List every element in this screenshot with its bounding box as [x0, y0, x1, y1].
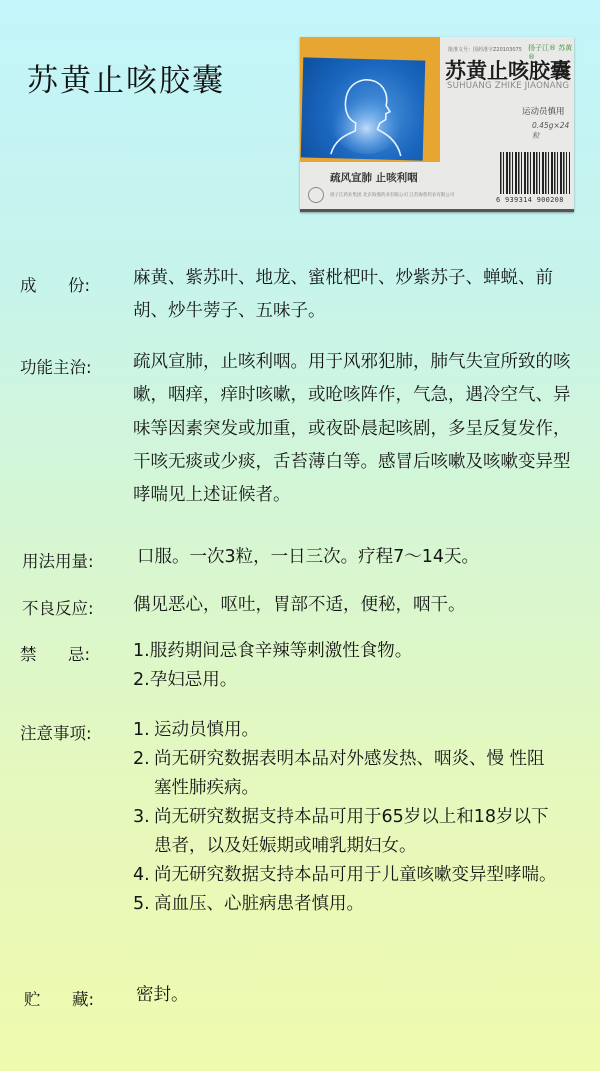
box-maker: 扬子江药业集团 北京海燕药业有限公司 江苏海慈药业有限公司: [330, 192, 454, 198]
box-slogan: 疏风宣肺 止咳利咽: [330, 170, 418, 185]
precaution-item: 1.运动员慎用。: [133, 716, 563, 745]
box-blue-panel: [301, 57, 426, 160]
contraindications-label: 禁 忌:: [20, 641, 90, 665]
box-edge: [300, 209, 574, 212]
human-head-silhouette-icon: [321, 66, 413, 158]
adverse-label: 不良反应:: [22, 595, 94, 619]
indications-text: 疏风宣肺，止咳利咽。用于风邪犯肺，肺气失宣所致的咳嗽，咽痒，痒时咳嗽，或呛咳阵作…: [133, 346, 578, 512]
contraindications-list: 1.服药期间忌食辛辣等刺激性食物。 2.孕妇忌用。: [133, 637, 578, 695]
storage-label: 贮 藏:: [24, 986, 94, 1010]
box-approval-number: 批准文号：国药准字Z20103075: [448, 46, 522, 53]
product-box-photo: 疏风宣肺 止咳利咽 扬子江药业集团 北京海燕药业有限公司 江苏海慈药业有限公司 …: [300, 37, 574, 212]
precaution-item: 4.尚无研究数据支持本品可用于儿童咳嗽变异型哮喘。: [133, 861, 563, 890]
dosage-text: 口服。一次3粒，一日三次。疗程7～14天。: [137, 541, 582, 574]
contraindication-item: 1.服药期间忌食辛辣等刺激性食物。: [133, 637, 578, 666]
ingredients-label: 成 份:: [20, 272, 90, 296]
page-title: 苏黄止咳胶囊: [27, 55, 225, 100]
storage-text: 密封。: [136, 979, 581, 1012]
precautions-label: 注意事项:: [20, 720, 92, 744]
box-warning: 运动员慎用: [522, 105, 565, 117]
adverse-text: 偶见恶心，呕吐，胃部不适，便秘，咽干。: [133, 589, 578, 622]
dosage-label: 用法用量:: [22, 548, 94, 572]
maker-logo-icon: [308, 187, 324, 203]
box-pinyin: SUHUANG ZHIKE JIAONANG: [447, 81, 569, 91]
precaution-item: 2.尚无研究数据表明本品对外感发热、咽炎、慢 性阻塞性肺疾病。: [133, 745, 563, 803]
ingredients-text: 麻黄、紫苏叶、地龙、蜜枇杷叶、炒紫苏子、蝉蜕、前胡、炒牛蒡子、五味子。: [133, 262, 578, 329]
contraindication-item: 2.孕妇忌用。: [133, 666, 578, 695]
precaution-item: 5.高血压、心脏病患者慎用。: [133, 890, 563, 919]
barcode-number: 6 939314 900208: [496, 196, 564, 204]
barcode: [500, 152, 570, 194]
box-spec: 0.45g×24粒: [532, 121, 574, 141]
precaution-item: 3.尚无研究数据支持本品可用于65岁以上和18岁以下患者，以及妊娠期或哺乳期妇女…: [133, 803, 563, 861]
precautions-list: 1.运动员慎用。 2.尚无研究数据表明本品对外感发热、咽炎、慢 性阻塞性肺疾病。…: [133, 716, 563, 919]
indications-label: 功能主治:: [20, 354, 92, 378]
